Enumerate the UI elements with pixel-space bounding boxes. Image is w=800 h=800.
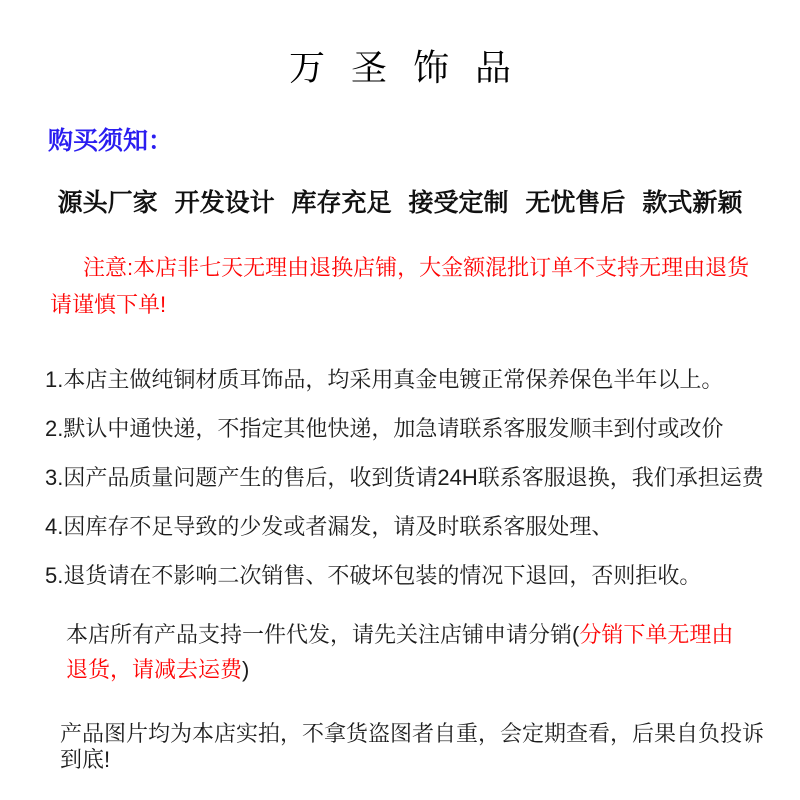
store-tagline: 源头厂家 开发设计 库存充足 接受定制 无忧售后 款式新颖 [0, 183, 800, 219]
rule-item-1: 1.本店主做纯铜材质耳饰品，均采用真金电镀正常保养保色半年以上。 [45, 367, 765, 393]
rule-item-4: 4.因库存不足导致的少发或者漏发，请及时联系客服处理、 [45, 514, 765, 540]
anti-theft-notice: 产品图片均为本店实拍，不拿货盗图者自重，会定期查看，后果自负投诉到底! [60, 721, 782, 773]
distribution-note-suffix: ) [242, 657, 249, 682]
rule-item-3: 3.因产品质量问题产生的售后，收到货请24H联系客服退换，我们承担运费 [45, 465, 765, 491]
rules-list: 1.本店主做纯铜材质耳饰品，均采用真金电镀正常保养保色半年以上。 2.默认中通快… [45, 367, 765, 589]
rule-item-5: 5.退货请在不影响二次销售、不破坏包装的情况下退回，否则拒收。 [45, 563, 765, 589]
rule-item-2: 2.默认中通快递，不指定其他快递，加急请联系客服发顺丰到付或改价 [45, 416, 765, 442]
no-return-warning: 注意:本店非七天无理由退换店铺，大金额混批订单不支持无理由退货请谨慎下单! [50, 249, 752, 323]
page-title: 万 圣 饰 品 [0, 0, 800, 91]
buy-notice-heading: 购买须知： [48, 121, 800, 157]
distribution-note-prefix: 本店所有产品支持一件代发，请先关注店铺申请分销( [66, 622, 579, 647]
distribution-note: 本店所有产品支持一件代发，请先关注店铺申请分销(分销下单无理由退货，请减去运费) [66, 617, 742, 687]
